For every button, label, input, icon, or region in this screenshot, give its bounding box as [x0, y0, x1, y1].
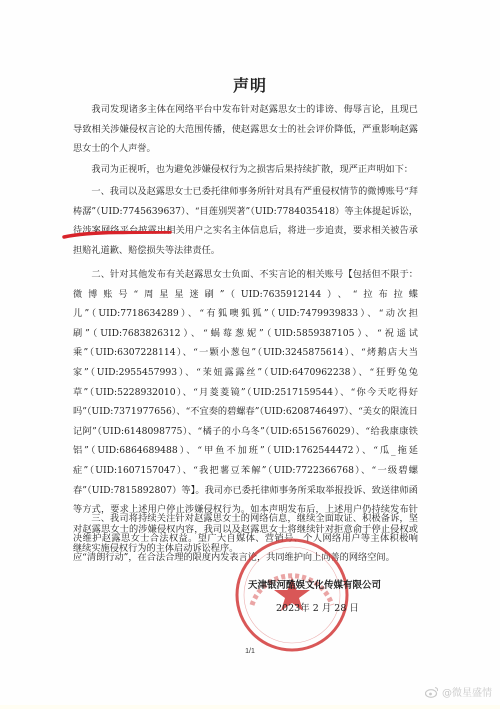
- item-one-part-a: 一、我司以及赵露思女士已委托律师事务所针对具有严重侵权情节的微博账号“拜: [91, 186, 418, 197]
- item-one: 一、我司以及赵露思女士已委托律师事务所针对具有严重侵权情节的微博账号“拜梼潺”（…: [73, 182, 418, 260]
- company-signature: 天津银河酷娱文化传媒有限公司: [248, 577, 381, 591]
- page-number: 1/1: [0, 648, 500, 655]
- weibo-icon: [425, 686, 439, 698]
- statement-lead-text: 我司为正视听，也为避免涉嫌侵权行为之损害后果持续扩散，现严正声明如下：: [73, 160, 418, 180]
- red-marker-underline: [62, 231, 172, 239]
- highlighted-account: 梼潺”（UID:7745639637）: [73, 206, 186, 217]
- item-three-paragraph: 三、我司将持续关注针对赵露思女士的网络信息，继续全面取证、积极备诉，坚决维护赵露…: [73, 509, 418, 568]
- item-one-paragraph: 一、我司以及赵露思女士已委托律师事务所针对具有严重侵权情节的微博账号“拜梼潺”（…: [73, 182, 418, 260]
- document-title: 声明: [0, 73, 500, 96]
- statement-lead-paragraph: 我司为正视听，也为避免涉嫌侵权行为之损害后果持续扩散，现严正声明如下：: [73, 160, 418, 180]
- item-three: 三、我司将持续关注针对赵露思女士的网络信息，继续全面取证、积极备诉，坚决维护赵露…: [73, 509, 418, 568]
- watermark-text: @微星盛情: [442, 684, 492, 699]
- intro-text: 我司发现诸多主体在网络平台中发布针对赵露思女士的诽谤、侮辱言论，且现已导致相关涉…: [73, 100, 418, 159]
- document-page: 声明 我司发现诸多主体在网络平台中发布针对赵露思女士的诽谤、侮辱言论，且现已导致…: [0, 0, 500, 709]
- weibo-watermark: @微星盛情: [425, 684, 492, 699]
- bottom-strip: [0, 705, 500, 709]
- intro-paragraph: 我司发现诸多主体在网络平台中发布针对赵露思女士的诽谤、侮辱言论，且现已导致相关涉…: [73, 100, 418, 159]
- signature-date: 2023年 2 月 28 日: [276, 600, 359, 614]
- item-two-account-list: 二、针对其他发布有关赵露思女士负面、不实言论的相关账号【包括但不限于：微博账号“…: [73, 269, 418, 496]
